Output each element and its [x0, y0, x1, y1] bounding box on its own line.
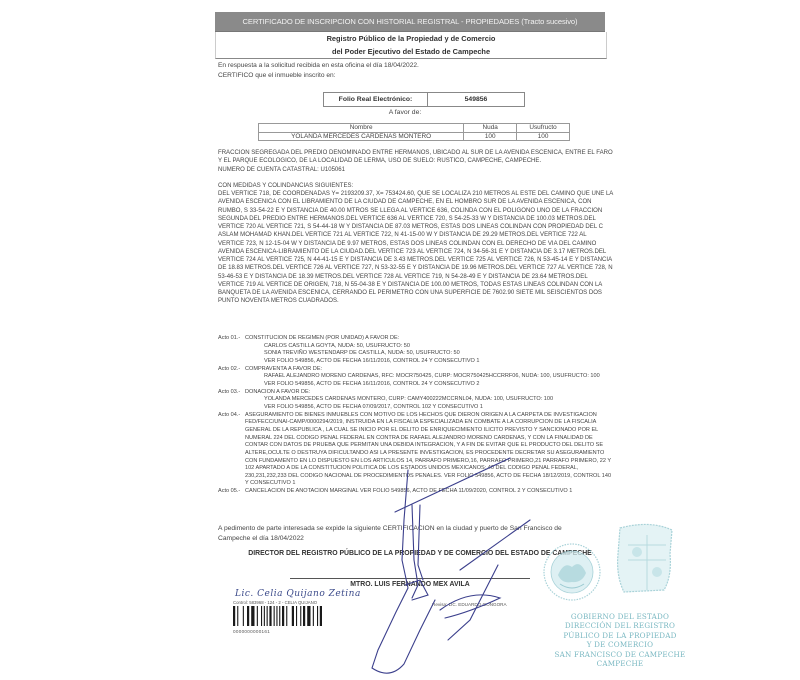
table-row: YOLANDA MERCEDES CARDENAS MONTERO 100 10… — [259, 132, 570, 141]
signature-line — [290, 578, 530, 579]
act-02: Acto 02.- COMPRAVENTA A FAVOR DE: — [218, 366, 613, 374]
state-seal-text: GOBIERNO DEL ESTADO DIRECCIÓN DEL REGIST… — [520, 612, 720, 668]
act-label: Acto 01.- — [218, 335, 245, 343]
intro-text: En respuesta a la solicitud recibida en … — [218, 61, 419, 80]
registry-heading-line1: Registro Público de la Propiedad y de Co… — [216, 33, 606, 45]
owner-usufructo: 100 — [517, 132, 570, 141]
barcode-icon — [233, 606, 358, 626]
act-label: Acto 05.- — [218, 488, 245, 496]
act-title: COMPRAVENTA A FAVOR DE: — [245, 366, 613, 374]
seal-line: SAN FRANCISCO DE CAMPECHE — [520, 650, 720, 659]
folio-label: Folio Real Electrónico: — [324, 93, 428, 106]
favor-label: A favor de: — [0, 109, 800, 116]
owners-table-header: Nombre Nuda Usufructo — [259, 124, 570, 133]
request-date-line: En respuesta a la solicitud recibida en … — [218, 61, 419, 71]
seal-line: CAMPECHE — [520, 659, 720, 668]
act-03-line: YOLANDA MERCEDES CARDENAS MONTERO, CURP:… — [218, 396, 613, 404]
act-title: CANCELACION DE ANOTACION MARGINAL VER FO… — [245, 488, 613, 496]
capture-control: Control: 583968 - 124 - 2 - CELIA QUIJAN… — [233, 600, 317, 605]
certificate-title: CERTIFICADO DE INSCRIPCION CON HISTORIAL… — [215, 12, 605, 32]
col-usufructo: Usufructo — [517, 124, 570, 133]
registry-heading: Registro Público de la Propiedad y de Co… — [215, 32, 607, 59]
director-title: DIRECTOR DEL REGISTRO PÚBLICO DE LA PROP… — [230, 550, 610, 557]
closing-statement: A pedimento de parte interesada se expid… — [218, 524, 618, 543]
measures-title: CON MEDIDAS Y COLINDANCIAS SIGUIENTES: — [218, 182, 613, 190]
owner-nuda: 100 — [464, 132, 517, 141]
barcode-number: 0000000000161 — [233, 629, 270, 634]
seal-line: GOBIERNO DEL ESTADO — [520, 612, 720, 621]
act-01: Acto 01.- CONSTITUCION DE REGIMEN (POR U… — [218, 335, 613, 343]
property-description: FRACCION SEGREGADA DEL PREDIO DENOMINADO… — [218, 149, 613, 306]
closing-line2: Campeche el día 18/04/2022 — [218, 534, 618, 544]
act-05: Acto 05.- CANCELACION DE ANOTACION MARGI… — [218, 488, 613, 496]
seal-line: DIRECCIÓN DEL REGISTRO — [520, 621, 720, 630]
act-01-line: SONIA TREVIÑO WESTENDARP DE CASTILLA, NU… — [218, 350, 613, 358]
director-name: MTRO. LUIS FERNANDO MEX AVILA — [290, 581, 530, 588]
act-03: Acto 03.- DONACION A FAVOR DE: — [218, 389, 613, 397]
act-title: ASEGURAMIENTO DE BIENES INMUEBLES CON MO… — [245, 412, 613, 489]
owners-table: Nombre Nuda Usufructo YOLANDA MERCEDES C… — [258, 123, 570, 141]
act-title: CONSTITUCION DE REGIMEN (POR UNIDAD) A F… — [245, 335, 613, 343]
registry-heading-line2: del Poder Ejecutivo del Estado de Campec… — [216, 46, 606, 58]
cadastral-number: NUMERO DE CUENTA CATASTRAL: U105061 — [218, 166, 613, 174]
property-location: FRACCION SEGREGADA DEL PREDIO DENOMINADO… — [218, 149, 613, 166]
act-label: Acto 03.- — [218, 389, 245, 397]
certificate-page: CERTIFICADO DE INSCRIPCION CON HISTORIAL… — [0, 0, 800, 680]
act-01-line: VER FOLIO 549856, ACTO DE FECHA 16/11/20… — [218, 358, 613, 366]
act-title: DONACION A FAVOR DE: — [245, 389, 613, 397]
owner-name: YOLANDA MERCEDES CARDENAS MONTERO — [259, 132, 464, 141]
act-label: Acto 04.- — [218, 412, 245, 489]
favor-label-text: A favor de: — [389, 109, 422, 116]
act-03-line: VER FOLIO 549856, ACTO DE FECHA 07/09/20… — [218, 404, 613, 412]
act-02-line: VER FOLIO 549856, ACTO DE FECHA 16/11/20… — [218, 381, 613, 389]
state-coat-of-arms-icon — [618, 524, 672, 592]
review-note: Revisa: LIC. EDUARDO GONGORA — [432, 602, 507, 607]
col-nuda: Nuda — [464, 124, 517, 133]
measures-text: DEL VERTICE 718, DE COORDENADAS Y= 21932… — [218, 190, 613, 306]
closing-line1: A pedimento de parte interesada se expid… — [218, 524, 618, 534]
act-label: Acto 02.- — [218, 366, 245, 374]
registry-acts: Acto 01.- CONSTITUCION DE REGIMEN (POR U… — [218, 335, 613, 496]
seal-line: PÚBLICO DE LA PROPIEDAD — [520, 631, 720, 640]
act-04: Acto 04.- ASEGURAMIENTO DE BIENES INMUEB… — [218, 412, 613, 489]
seal-line: Y DE COMERCIO — [520, 640, 720, 649]
act-02-line: RAFAEL ALEJANDRO MORENO CARDENAS, RFC: M… — [218, 373, 613, 381]
folio-value: 549856 — [428, 93, 524, 106]
capturist-handwritten-name: Lic. Celia Quijano Zetina — [235, 589, 361, 599]
folio-box: Folio Real Electrónico: 549856 — [323, 92, 525, 107]
col-nombre: Nombre — [259, 124, 464, 133]
certifico-line: CERTIFICO que el inmueble inscrito en: — [218, 71, 419, 81]
